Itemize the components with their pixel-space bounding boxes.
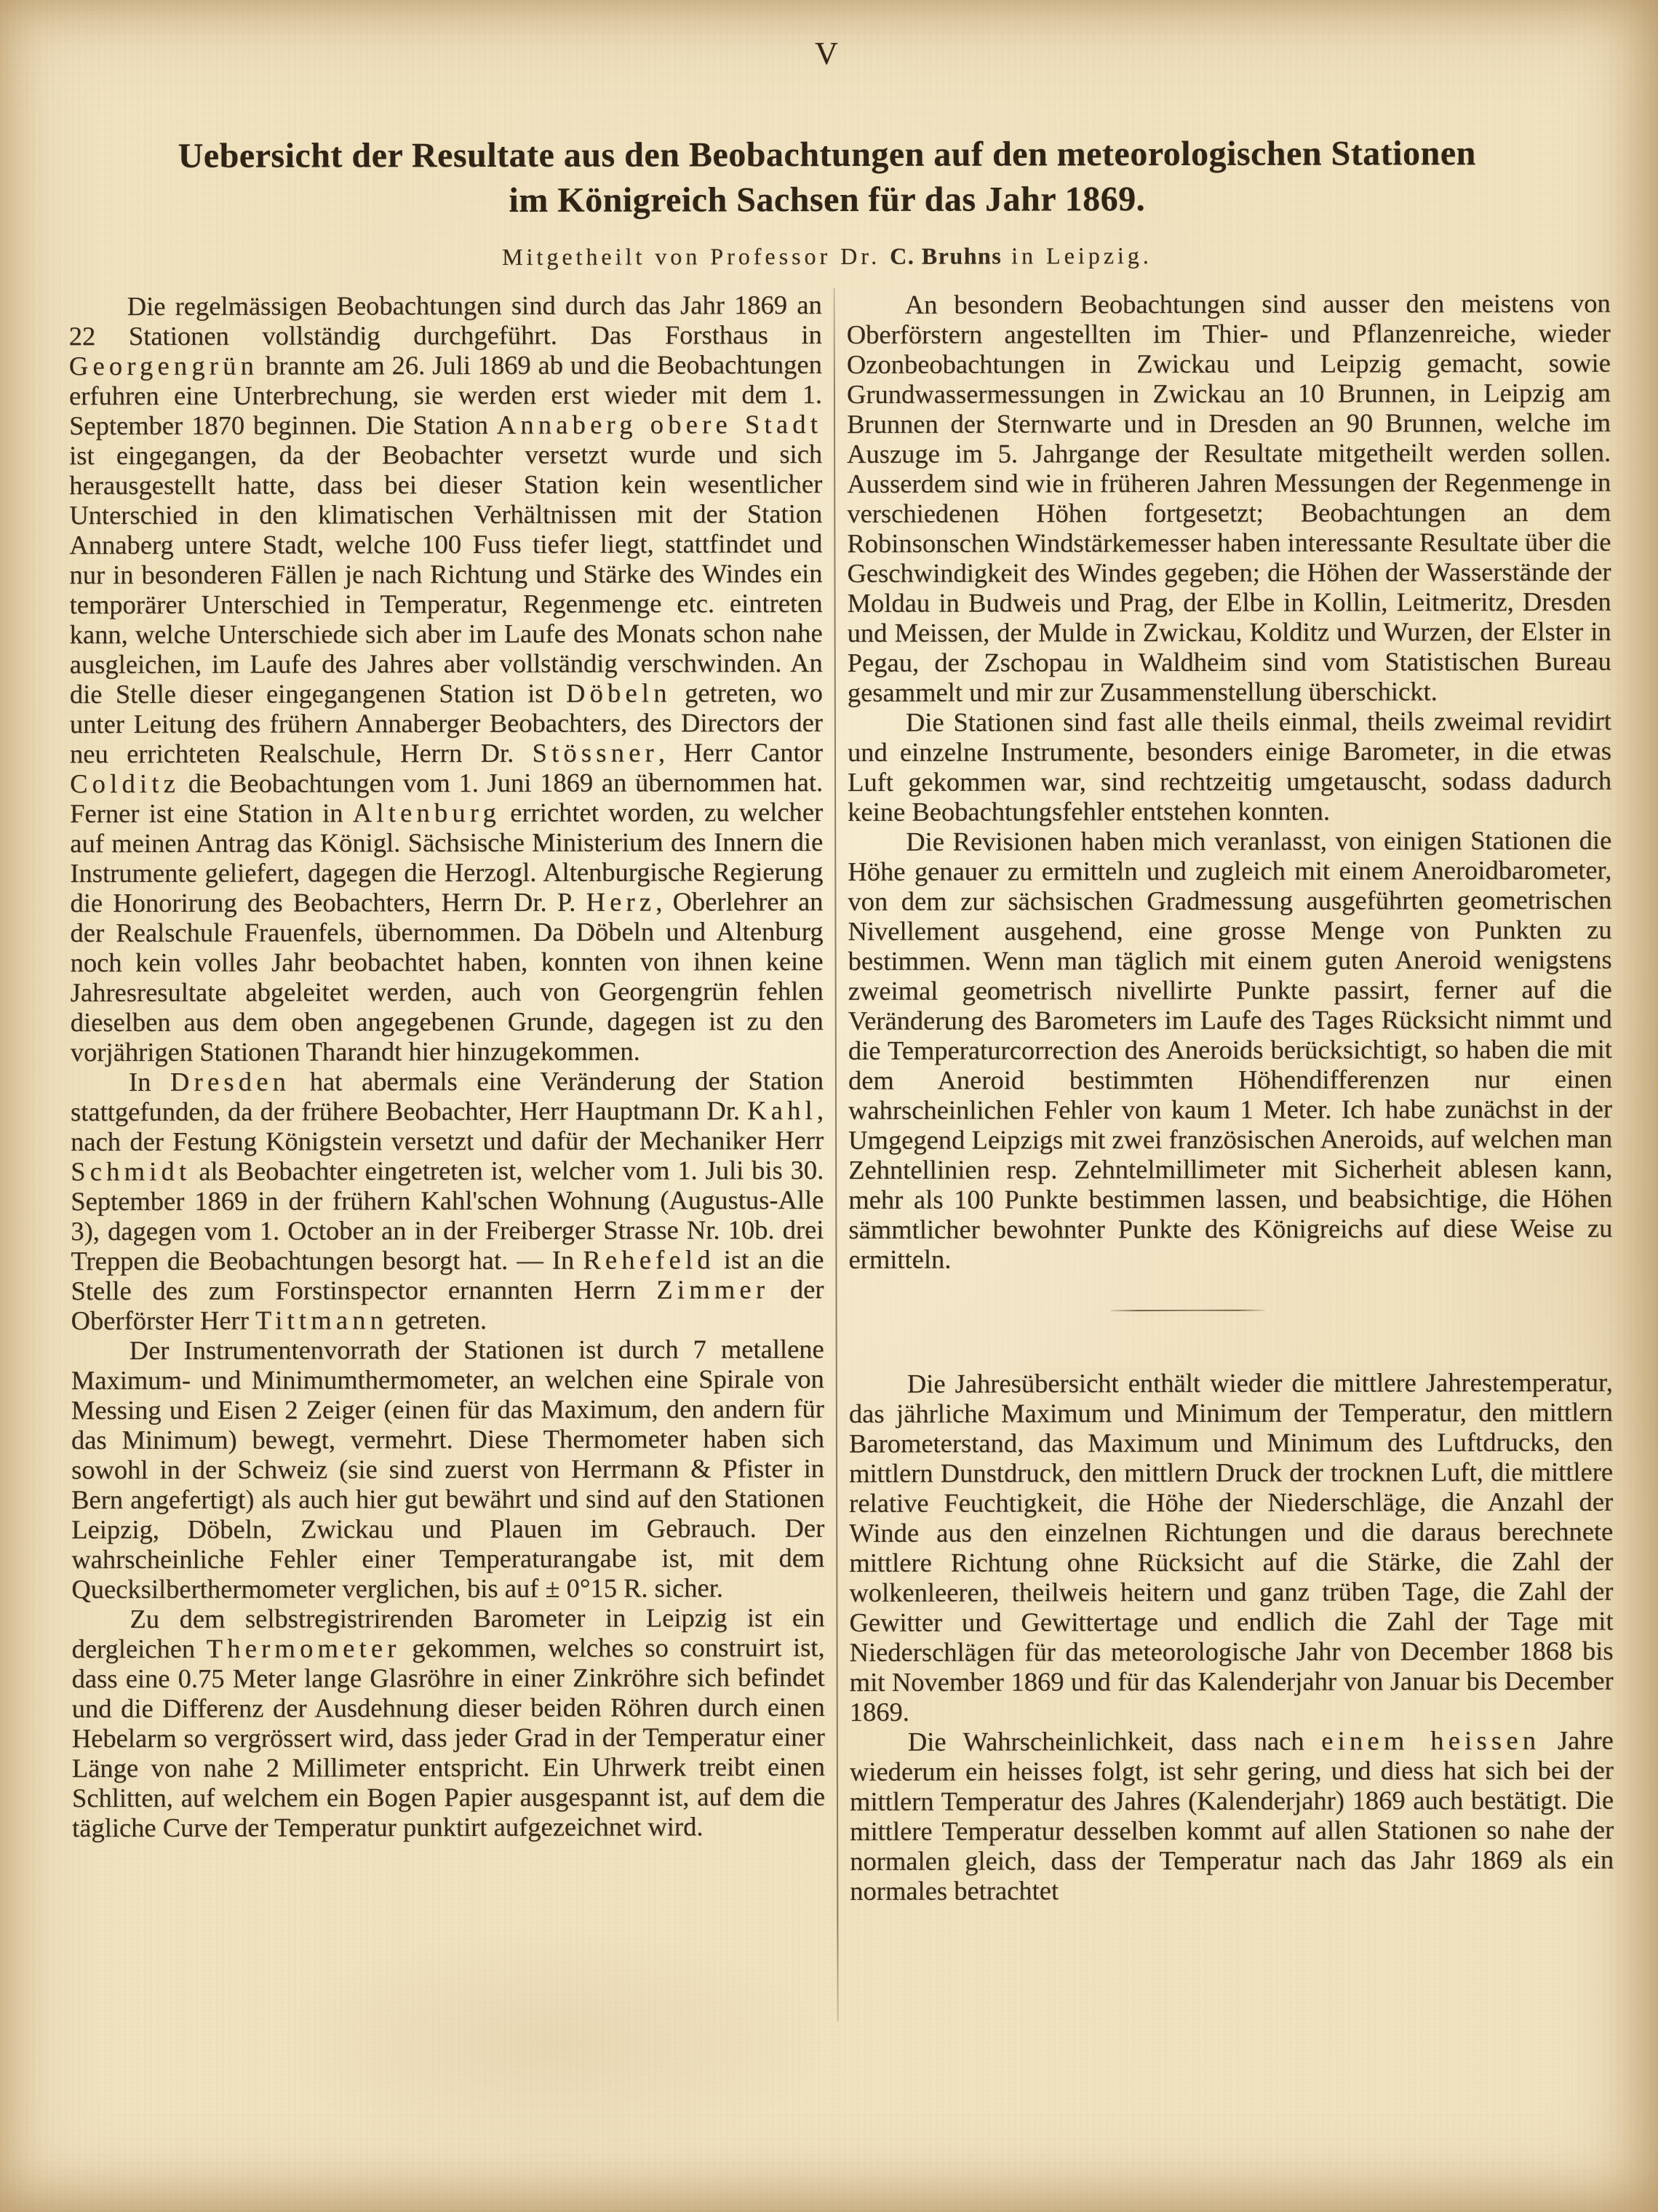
text-segment: einem heissen	[1321, 1725, 1540, 1756]
text-segment: Die regelmässigen Beobachtungen sind dur…	[69, 290, 822, 351]
text-segment: Der Instrumentenvorrath der Stationen is…	[71, 1334, 825, 1604]
paragraph: Die regelmässigen Beobachtungen sind dur…	[69, 290, 824, 1067]
paragraph: Die Jahresübersicht enthält wieder die m…	[849, 1367, 1614, 1727]
text-segment: Thermometer	[207, 1633, 401, 1663]
article-title-line-1: Uebersicht der Resultate aus den Beobach…	[0, 131, 1656, 180]
text-segment: Die Wahrscheinlichkeit, dass nach	[908, 1726, 1321, 1757]
text-segment: Annaberg obere Stadt	[497, 409, 822, 439]
text-segment: Kahl	[747, 1095, 817, 1125]
paragraph: Zu dem selbstregistrirenden Barometer in…	[71, 1602, 825, 1842]
text-segment: Zimmer	[656, 1274, 769, 1304]
left-column: Die regelmässigen Beobachtungen sind dur…	[69, 290, 825, 1842]
text-segment: Stössner	[533, 737, 658, 767]
section-divider	[1111, 1310, 1265, 1311]
text-segment: Schmidt	[71, 1156, 191, 1186]
column-divider-rule	[834, 288, 839, 2021]
text-segment: Rehefeld	[583, 1244, 714, 1274]
text-segment: Dresden	[170, 1067, 290, 1097]
paragraph: Die Wahrscheinlichkeit, dass nach einem …	[850, 1725, 1614, 1906]
text-segment: Die Jahresübersicht enthält wieder die m…	[849, 1367, 1614, 1727]
page-number: V	[0, 33, 1656, 74]
page: V Uebersicht der Resultate aus den Beoba…	[0, 0, 1658, 2212]
text-segment: , Herr Cantor	[658, 737, 823, 767]
byline: Mitgetheilt von Professor Dr. C. Bruhns …	[0, 242, 1657, 272]
paragraph: In Dresden hat abermals eine Veränderung…	[71, 1065, 824, 1335]
article-title-line-2: im Königreich Sachsen für das Jahr 1869.	[0, 176, 1656, 225]
right-column: An besondern Beobachtungen sind ausser d…	[847, 288, 1614, 1906]
text-segment: In	[129, 1067, 170, 1097]
text-segment: in Leipzig.	[1002, 242, 1152, 268]
scanned-document-page: { "page": { "number": "V" }, "header": {…	[0, 0, 1658, 2212]
text-segment: Mitgetheilt von Professor Dr.	[502, 243, 890, 270]
text-segment: C. Bruhns	[890, 242, 1002, 268]
text-segment: Herz	[586, 886, 655, 916]
text-segment: Tittmann	[255, 1305, 388, 1334]
text-segment: Döbeln	[566, 677, 671, 707]
text-segment: Die Revisionen haben mich veranlasst, vo…	[848, 825, 1612, 1274]
text-segment: gekommen, welches so construirt ist, das…	[72, 1632, 825, 1842]
paragraph: Die Stationen sind fast alle theils einm…	[848, 706, 1611, 827]
text-segment: An besondern Beobachtungen sind ausser d…	[847, 288, 1611, 707]
article-header: Uebersicht der Resultate aus den Beobach…	[0, 131, 1657, 272]
text-segment: getreten.	[388, 1305, 487, 1334]
paragraph: An besondern Beobachtungen sind ausser d…	[847, 288, 1611, 707]
text-segment: Die Stationen sind fast alle theils einm…	[848, 706, 1611, 827]
text-segment: Georgengrün	[69, 351, 258, 381]
text-segment: Colditz	[70, 768, 180, 798]
right-column-lower-section: Die Jahresübersicht enthält wieder die m…	[849, 1367, 1614, 1906]
right-column-upper-section: An besondern Beobachtungen sind ausser d…	[847, 288, 1613, 1274]
text-segment: ist eingegangen, da der Beobachter verse…	[69, 439, 823, 709]
paragraph: Die Revisionen haben mich veranlasst, vo…	[848, 825, 1612, 1274]
paragraph: Der Instrumentenvorrath der Stationen is…	[71, 1334, 825, 1604]
text-segment: Altenburg	[353, 797, 501, 827]
